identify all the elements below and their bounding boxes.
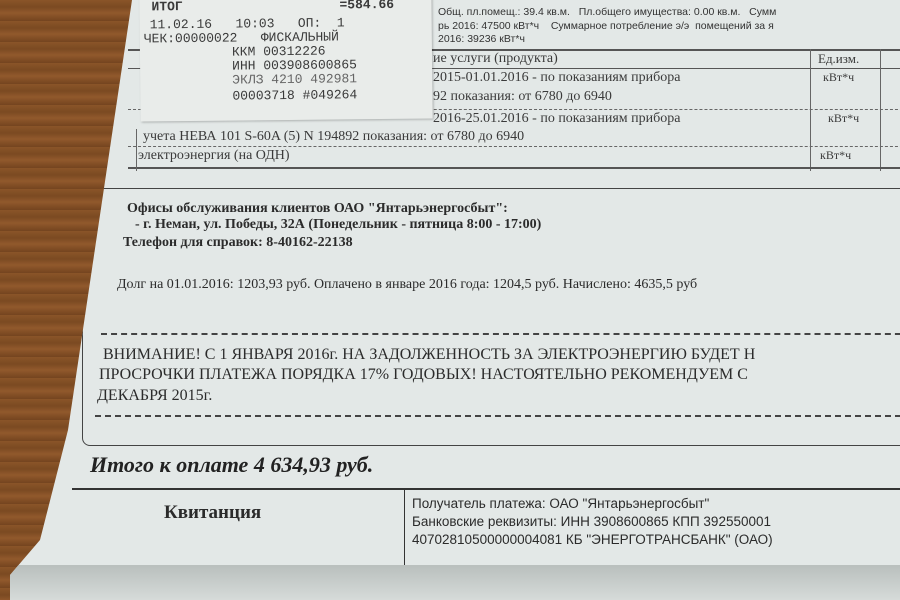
- row3-line1: электроэнергия (на ОДН): [138, 148, 290, 164]
- cash-receipt: ИТОГ =584.66 11.02.16 10:03 ОП: 1 ЧЕК:00…: [139, 0, 432, 122]
- row1-line1: 2015-01.01.2016 - по показаниям прибора: [433, 70, 680, 86]
- summary-line-1: Общ. пл.помещ.: 39.4 кв.м. Пл.общего иму…: [438, 6, 776, 18]
- summary-info: Общ. пл.помещ.: 39.4 кв.м. Пл.общего иму…: [438, 6, 776, 47]
- row1-line2: 92 показания: от 6780 до 6940: [433, 89, 612, 105]
- receipt-code: 00003718 #049264: [232, 87, 357, 103]
- summary-line-3: 2016: 39236 кВт*ч: [438, 33, 525, 45]
- debt-line: Долг на 01.01.2016: 1203,93 руб. Оплачен…: [117, 277, 697, 293]
- utility-bill-paper: Общ. пл.помещ.: 39.4 кв.м. Пл.общего иму…: [0, 0, 900, 600]
- row2-unit: кВт*ч: [828, 111, 859, 126]
- dashed-divider-top: [101, 333, 900, 335]
- row2-line1: 2016-25.01.2016 - по показаниям прибора: [433, 111, 680, 127]
- office-address: - г. Неман, ул. Победы, 32А (Понедельник…: [135, 217, 541, 233]
- warning-line-2: ПРОСРОЧКИ ПЛАТЕЖА ПОРЯДКА 17% ГОДОВЫХ! Н…: [99, 366, 748, 384]
- dashed-divider-bottom: [95, 415, 900, 417]
- info-box: Офисы обслуживания клиентов ОАО "Янтарьэ…: [82, 188, 900, 446]
- phone-line: Телефон для справок: 8-40162-22138: [123, 235, 353, 251]
- slip-bank-details: Банковские реквизиты: ИНН 3908600865 КПП…: [412, 514, 771, 529]
- folded-paper-edge: [0, 565, 900, 600]
- header-service: ие услуги (продукта): [433, 51, 558, 67]
- total-due: Итого к оплате 4 634,93 руб.: [90, 452, 373, 478]
- row1-unit: кВт*ч: [823, 70, 854, 85]
- receipt-total-label: ИТОГ: [151, 0, 182, 14]
- row3-unit: кВт*ч: [820, 148, 851, 163]
- receipt-eklz: ЭКЛЗ 4210 492981: [232, 71, 357, 87]
- slip-account: 40702810500000004081 КБ "ЭНЕРГОТРАНСБАНК…: [412, 532, 773, 547]
- row2-line2: учета НЕВА 101 S-60A (5) N 194892 показа…: [143, 129, 524, 145]
- header-unit: Ед.изм.: [818, 51, 859, 67]
- summary-line-2: рь 2016: 47500 кВт*ч Суммарное потреблен…: [438, 20, 774, 32]
- slip-title: Квитанция: [164, 502, 261, 524]
- warning-line-3: ДЕКАБРЯ 2015г.: [97, 387, 212, 405]
- receipt-total-value: =584.66: [339, 0, 394, 12]
- warning-line-1: ВНИМАНИЕ! С 1 ЯНВАРЯ 2016г. НА ЗАДОЛЖЕНН…: [103, 346, 755, 364]
- offices-title: Офисы обслуживания клиентов ОАО "Янтарьэ…: [127, 201, 508, 217]
- slip-recipient: Получатель платежа: ОАО "Янтарьэнергосбы…: [412, 496, 709, 511]
